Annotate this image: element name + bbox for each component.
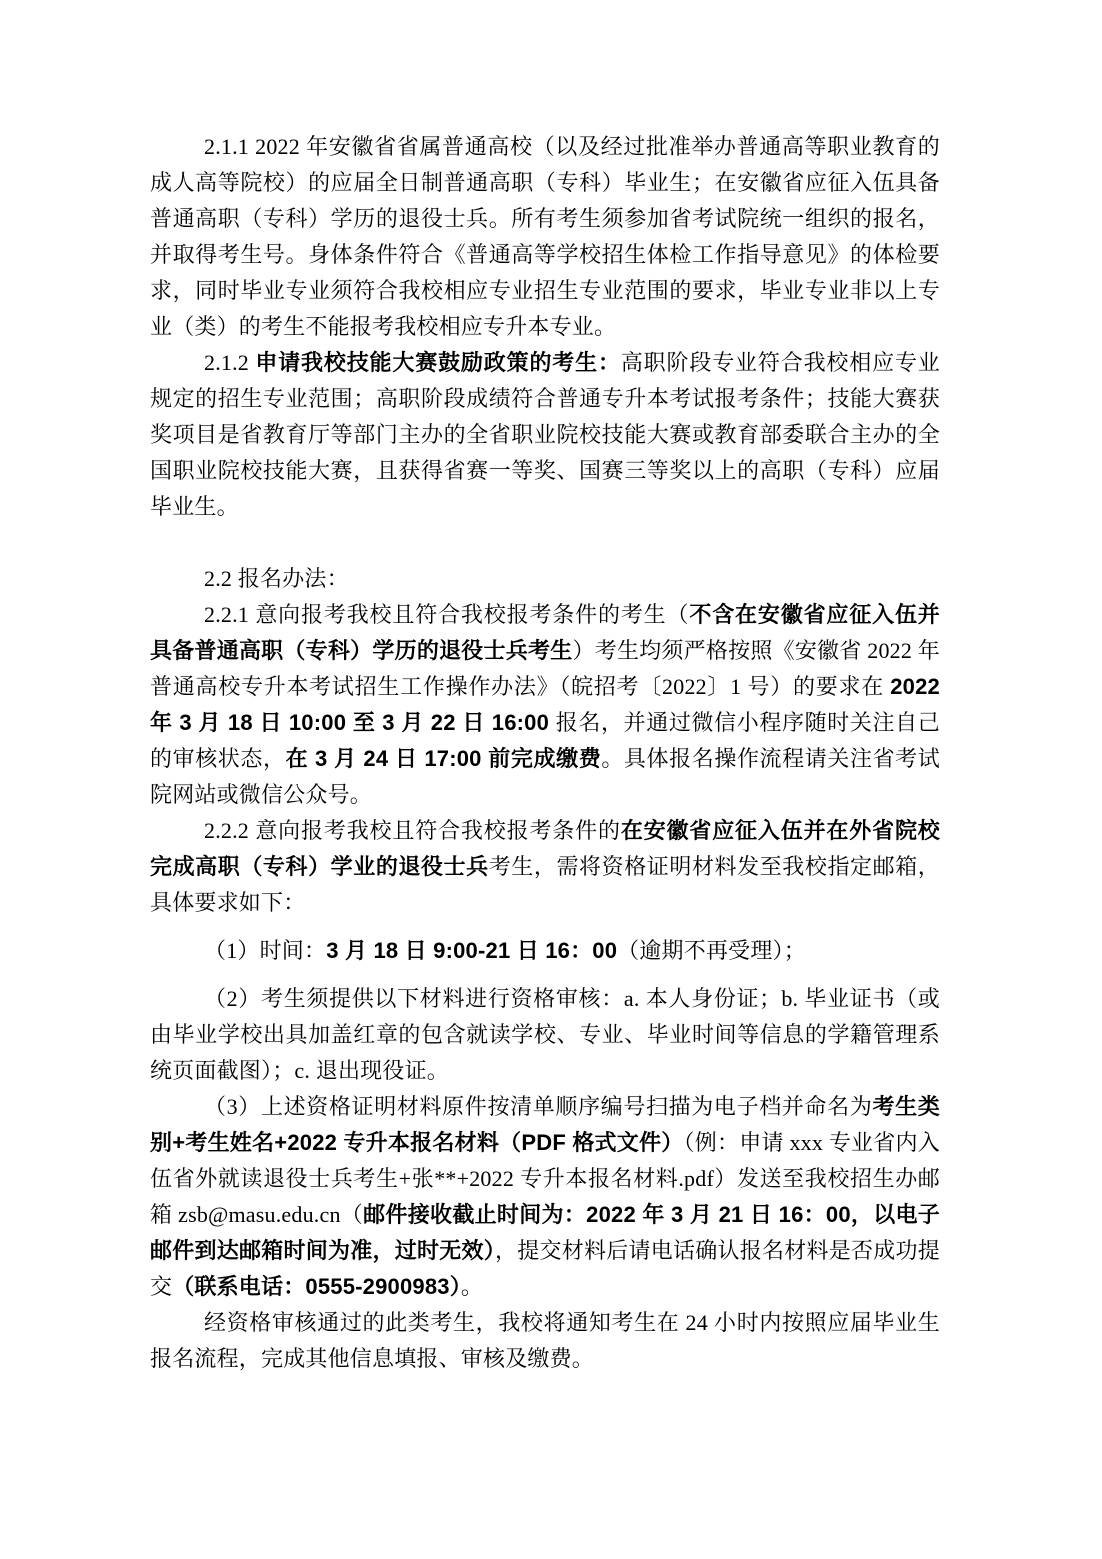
list-item-1: （1）时间：3 月 18 日 9:00-21 日 16：00（逾期不再受理）； — [150, 933, 940, 969]
heading-2-2: 2.2 报名办法： — [150, 561, 940, 597]
bold-text-run: 3 月 18 日 9:00-21 日 16：00 — [326, 938, 617, 963]
text-run: （1）时间： — [204, 938, 326, 963]
text-run: 经资格审核通过的此类考生，我校将通知考生在 24 小时内按照应届毕业生报名流程，… — [150, 1310, 940, 1371]
document-body: 2.1.1 2022 年安徽省省属普通高校（以及经过批准举办普通高等职业教育的成… — [150, 129, 940, 1377]
para-2-1-2: 2.1.2 申请我校技能大赛鼓励政策的考生：高职阶段专业符合我校相应专业规定的招… — [150, 345, 940, 525]
document-page: 2.1.1 2022 年安徽省省属普通高校（以及经过批准举办普通高等职业教育的成… — [0, 0, 1102, 1559]
bold-text-run: （联系电话：0555-2900983） — [172, 1274, 461, 1299]
para-2-2-2: 2.2.2 意向报考我校且符合我校报考条件的在安徽省应征入伍并在外省院校完成高职… — [150, 813, 940, 921]
text-run: （3）上述资格证明材料原件按清单顺序编号扫描为电子档并命名为 — [204, 1094, 872, 1119]
text-run: （2）考生须提供以下材料进行资格审核：a. 本人身份证；b. 毕业证书（或由毕业… — [150, 986, 940, 1083]
text-run: 高职阶段专业符合我校相应专业规定的招生专业范围；高职阶段成绩符合普通专升本考试报… — [150, 350, 940, 519]
bold-text-run: 在 3 月 24 日 17:00 前完成缴费 — [286, 746, 602, 771]
text-run: （逾期不再受理）； — [617, 938, 806, 963]
text-run: 。 — [461, 1274, 483, 1299]
para-2-1-1: 2.1.1 2022 年安徽省省属普通高校（以及经过批准举办普通高等职业教育的成… — [150, 129, 940, 345]
para-2-2-1: 2.2.1 意向报考我校且符合我校报考条件的考生（不含在安徽省应征入伍并具备普通… — [150, 597, 940, 813]
text-run: 2.2 报名办法： — [204, 566, 349, 591]
list-item-3: （3）上述资格证明材料原件按清单顺序编号扫描为电子档并命名为考生类别+考生姓名+… — [150, 1089, 940, 1305]
para-closing: 经资格审核通过的此类考生，我校将通知考生在 24 小时内按照应届毕业生报名流程，… — [150, 1305, 940, 1377]
text-run: 2.1.1 2022 年安徽省省属普通高校（以及经过批准举办普通高等职业教育的成… — [150, 134, 940, 339]
text-run: 2.2.2 意向报考我校且符合我校报考条件的 — [204, 818, 621, 843]
bold-text-run: 申请我校技能大赛鼓励政策的考生： — [255, 350, 620, 375]
text-run: 2.2.1 意向报考我校且符合我校报考条件的考生（ — [204, 602, 689, 627]
list-item-2: （2）考生须提供以下材料进行资格审核：a. 本人身份证；b. 毕业证书（或由毕业… — [150, 981, 940, 1089]
text-run: 2.1.2 — [204, 350, 255, 375]
